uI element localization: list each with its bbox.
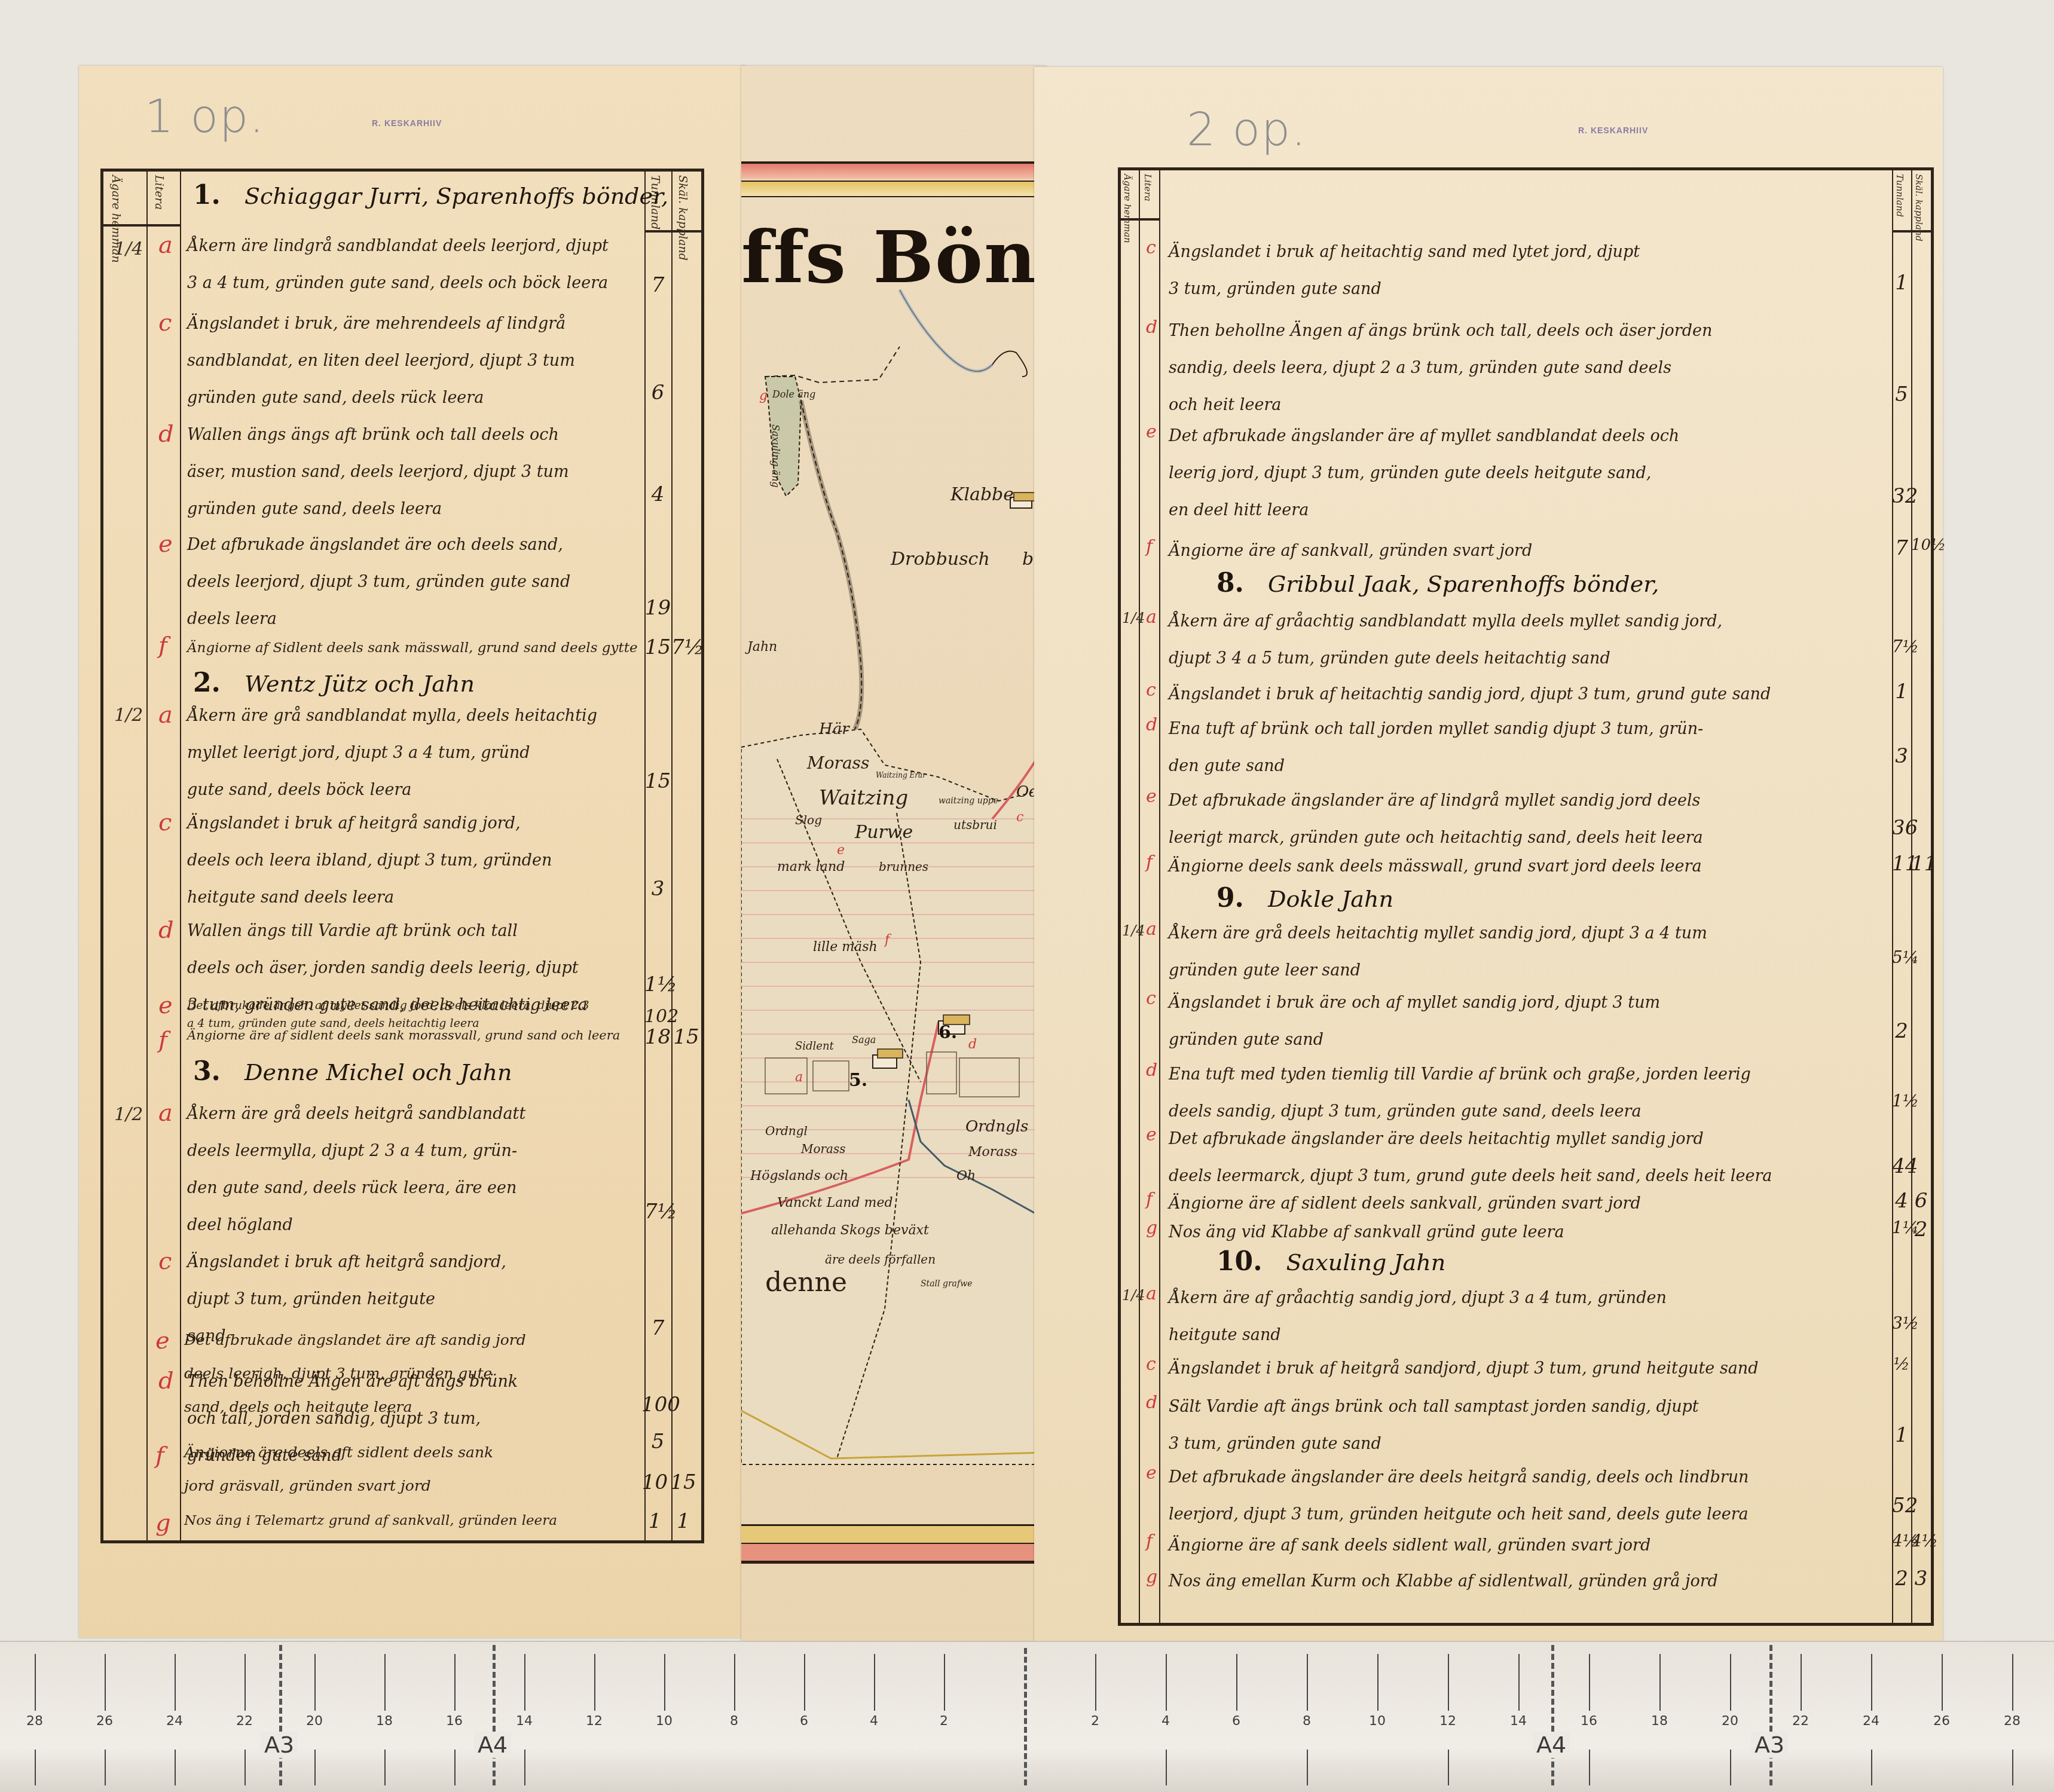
map-label: allehanda Skogs beväxt [771,1223,929,1238]
ruler-number: 14 [1510,1714,1527,1729]
column-divider [1159,170,1160,1623]
ruler-number: 20 [306,1714,323,1729]
ruler-number: 24 [1863,1714,1879,1729]
ruler-a4-mark [1551,1645,1554,1785]
row-value: 2 [1892,1567,1911,1591]
row-value: 32 [1892,484,1911,508]
row-letter: d [1146,714,1157,735]
row-description: Sält Vardie aft ängs brünk och tall samp… [1169,1389,1699,1463]
parcel-letter: e [837,843,845,858]
row-letter: f [1146,1531,1153,1552]
share-fraction: 1/4 [1122,922,1145,939]
row-letter: g [155,1509,171,1537]
ruler-a4-mark [493,1645,496,1785]
row-letter: e [158,530,173,558]
row-value: 11 [1892,852,1911,876]
row-value: 5 [1892,383,1911,406]
row-description: Ängslandet i bruk, äre mehrendeels af li… [187,305,575,417]
row-letter: e [1146,1124,1157,1145]
row-value: 4½ [1892,1531,1911,1551]
row-value-secondary: 4½ [1911,1531,1931,1551]
row-letter: g [1146,1218,1157,1239]
row-letter: d [1146,1060,1157,1081]
ruler-number: 2 [1091,1714,1099,1729]
share-fraction: 1/2 [114,1104,143,1125]
map-label: Waitzing Erar [876,771,926,779]
share-fraction: 1/4 [1122,610,1145,626]
row-value: 1¼ [1892,1218,1911,1237]
row-description: Det afbrukade ängslander äre deels heita… [1169,1121,1772,1195]
map-label: Waitzing [819,786,908,810]
row-value: 7½ [1892,637,1911,656]
row-value-secondary: 2 [1911,1218,1931,1241]
map-label: Morass [968,1145,1017,1160]
row-value: 1 [641,1509,668,1533]
row-letter: c [1146,1354,1156,1375]
row-description: Ena tuft af brünk och tall jorden myllet… [1169,711,1703,785]
row-value: 52 [1892,1494,1911,1518]
map-label: Dole äng [772,389,815,400]
row-description: Ängiorne deels sank deels mässwall, grun… [1169,848,1702,885]
map-label: Purwe [855,822,913,843]
ruler-number: 12 [1439,1714,1456,1729]
row-value: 2 [1892,1019,1911,1043]
row-value-secondary: 6 [1911,1189,1931,1213]
row-value: 7½ [644,1200,671,1224]
archive-stamp: R. KESKARHIIV [372,118,442,128]
map-label: Vanckt Land med [777,1195,893,1210]
row-description: Åkern äre grå deels heitgrå sandblandatt… [187,1096,525,1244]
row-letter: f [158,632,167,659]
map-label: Ordngl [765,1124,808,1138]
ruler-number: 24 [166,1714,183,1729]
row-value: 19 [644,596,671,620]
section-heading: 2.Wentz Jütz och Jahn [193,668,475,698]
row-letter: f [1146,536,1153,557]
farm-number: 5. [849,1070,867,1091]
row-letter: c [158,809,172,836]
row-value: 3 [644,877,671,901]
row-letter: e [1146,1463,1157,1484]
map-label: utsbrui [953,818,997,832]
pencil-page-mark: 1 op. [145,90,265,143]
share-fraction: 1/2 [114,705,143,726]
map-drawing [741,66,1046,1644]
map-label: Saxuling äng [770,424,781,488]
row-description: Ängslandet i bruk af heitgrå sandjord, d… [1169,1350,1759,1387]
row-letter: c [158,1247,172,1275]
row-value: 36 [1892,816,1911,840]
section-heading: 1.Schiaggar Jurri, Sparenhoffs bönder, [193,180,668,210]
column-header-litera: Litera [152,175,166,210]
row-description: Åkern äre grå sandblandat mylla, deels h… [187,698,597,809]
row-description: Ängslandet i bruk af heitgrå sandig jord… [187,805,552,916]
measurement-ruler: 28 26 24 22 20 18 16 14 12 10 8 6 4 2 2 … [0,1641,2054,1792]
row-letter: e [155,1327,170,1354]
row-value: 18 [644,1025,671,1049]
ruler-size-label: A3 [1751,1732,1788,1758]
column-divider [1139,170,1140,1623]
row-value: 10 [641,1470,668,1494]
pencil-page-mark: 2 op. [1187,103,1307,156]
section-heading: 10.Saxuling Jahn [1216,1246,1445,1277]
row-letter: c [1146,988,1156,1009]
row-letter: d [1146,317,1157,338]
row-letter: a [158,1099,173,1127]
map-label: Slog [795,813,822,827]
map-label: Saga [852,1034,876,1045]
row-description: Ängiorne äre af sidlent deels sank moras… [187,1020,620,1050]
row-description: Ängslandet i bruk af heitachtig sandig j… [1169,676,1771,713]
row-letter: a [1146,919,1157,940]
parcel-letter: c [1016,810,1023,825]
row-value: 1 [1892,271,1911,295]
row-letter: c [158,309,172,337]
map-label: Oh [956,1169,976,1184]
row-letter: f [158,1026,167,1054]
ruler-size-label: A4 [474,1732,511,1758]
row-value: 5¼ [1892,947,1911,967]
row-letter: a [158,701,173,729]
ruler-number: 10 [1369,1714,1386,1729]
row-letter: c [1146,237,1156,258]
ruler-number: 12 [586,1714,603,1729]
map-strip: ffs Bönd [741,66,1046,1644]
row-value: 7 [1892,536,1911,560]
row-value: 1½ [1892,1091,1911,1111]
row-value: 44 [1892,1154,1911,1178]
row-description: Ängslandet i bruk af heitachtig sand med… [1169,234,1640,308]
ruler-number: 2 [940,1714,948,1729]
map-label: Morass [801,1142,846,1156]
ruler-number: 4 [870,1714,878,1729]
left-ledger-tail: e Det afbrukade ängslandet äre aft sandi… [100,1303,698,1542]
row-value: 4 [1892,1189,1911,1213]
row-description: Åkern äre grå deels heitachtig myllet sa… [1169,915,1707,989]
share-fraction: 1/4 [1122,1287,1145,1304]
row-value: 3 [1892,744,1911,768]
row-letter: d [158,420,174,448]
row-value: 1 [1892,1423,1911,1447]
row-letter: d [1146,1392,1157,1413]
section-heading: 3.Denne Michel och Jahn [193,1056,512,1087]
parcel-letter: a [795,1070,803,1085]
row-letter: e [1146,421,1157,442]
map-label: Ordngls [965,1118,1028,1136]
ruler-number: 20 [1722,1714,1738,1729]
ruler-number: 26 [96,1714,113,1729]
map-label: Sidlent [795,1040,834,1053]
map-label: Här [819,720,849,738]
column-header-litera: Litera [1142,174,1153,201]
row-description: Åkern äre af gråachtig sandblandatt myll… [1169,603,1722,677]
row-value: 15 [644,635,671,659]
row-letter: a [1146,1283,1157,1304]
row-description: Det afbrukade ängslandet äre aft sandig … [184,1323,526,1424]
row-value: ½ [1892,1354,1911,1374]
row-value: 100 [641,1393,668,1417]
row-letter: f [155,1442,164,1469]
row-description: Wallen ängs ängs aft brünk och tall deel… [187,417,569,528]
map-label: Klabbe [950,484,1014,505]
archive-stamp: R. KESKARHIIV [1578,126,1648,135]
ruler-number: 4 [1162,1714,1170,1729]
row-description: Nos äng i Telemartz grund af sankvall, g… [184,1504,557,1537]
row-value-secondary: 1 [668,1509,698,1533]
ruler-number: 10 [656,1714,673,1729]
parcel-letter: d [968,1037,977,1052]
column-header-tunnland: Tunnland [1894,174,1905,217]
row-letter: a [158,231,173,259]
row-value-secondary: 15 [668,1470,698,1494]
column-header-kappland: Skäl. kappland [1914,174,1924,241]
row-description: Det afbrukade ängslandet äre och deels s… [187,527,570,638]
row-value: 1 [1892,680,1911,704]
row-description: Åkern äre lindgrå sandblandat deels leer… [187,228,609,302]
column-divider [1911,170,1912,1623]
ruler-center-mark [1024,1648,1027,1785]
section-heading: 9.Dokle Jahn [1216,883,1393,913]
ruler-number: 14 [516,1714,533,1729]
ruler-size-label: A4 [1533,1732,1570,1758]
ruler-number: 28 [26,1714,43,1729]
row-description: Nos äng vid Klabbe af sankvall gründ gut… [1169,1214,1564,1251]
row-value: 7 [644,273,671,297]
parcel-letter: g [759,389,768,403]
row-value-secondary: 11 [1911,852,1931,876]
map-label: äre deels förfallen [825,1252,936,1267]
column-header-kappland: Skäl. kappland [676,175,689,261]
header-divider [644,230,701,233]
row-letter: g [1146,1567,1157,1588]
row-description: Det afbrukade ängslander äre deels heitg… [1169,1459,1749,1533]
row-value: 1½ [644,973,671,996]
right-ledger-page: 2 op. R. KESKARHIIV Ägare hemman Litera … [1034,67,1943,1645]
row-description: Then behollne Ängen af ängs brünk och ta… [1169,313,1712,424]
row-value: 15 [644,769,671,793]
row-description: Det afbrukade ängslander äre af lindgrå … [1169,782,1703,857]
row-letter: e [1146,786,1157,807]
row-description: Ängiorne äre af sank deels sidlent wall,… [1169,1527,1650,1564]
farm-number: 6. [939,1022,957,1043]
row-description: Det afbrukade ängslander äre af myllet s… [1169,418,1679,529]
row-description: Ängiorne äre af sankvall, gründen svart … [1169,533,1532,570]
map-label: waitzing uppe [939,796,998,806]
map-label: brunnes [879,860,928,874]
row-description: Åkern äre af gråachtig sandig jord, djup… [1169,1280,1667,1354]
ruler-size-label: A3 [261,1732,298,1758]
row-letter: f [1146,1189,1153,1210]
map-label: Högslands och [750,1169,848,1184]
map-label: Morass [807,753,869,773]
row-letter: e [158,992,173,1019]
row-letter: c [1146,680,1156,701]
row-value: 102 [644,1006,671,1027]
ruler-number: 16 [1581,1714,1597,1729]
ruler-number: 26 [1933,1714,1950,1729]
ruler-a3-mark [1769,1645,1772,1785]
parcel-letter: f [885,932,890,947]
ledger-table: Ägare hemman Litera Tunnland Skäl. kappl… [1118,167,1934,1626]
row-description: Ängslandet i bruk äre och af myllet sand… [1169,984,1660,1059]
section-heading: 8.Gribbul Jaak, Sparenhoffs bönder, [1216,568,1659,598]
ruler-number: 6 [1232,1714,1240,1729]
ruler-number: 22 [1792,1714,1809,1729]
map-label: Jahn [747,640,777,655]
row-value: 3½ [1892,1313,1911,1333]
ruler-number: 18 [1651,1714,1668,1729]
share-fraction: 1/4 [114,238,143,259]
map-label: Drobbusch [891,549,990,570]
map-label: denne [765,1267,847,1298]
map-label: Stall grafwe [921,1279,972,1289]
ruler-number: 28 [2004,1714,2021,1729]
row-value-secondary: 10½ [1911,536,1931,554]
ruler-number: 8 [1303,1714,1311,1729]
row-description: Ängiorne äre deels aft sidlent deels san… [184,1436,493,1503]
row-letter: a [1146,607,1157,628]
ruler-number: 8 [730,1714,738,1729]
map-label: mark land [777,860,845,874]
header-divider [1892,230,1931,233]
row-description: Ena tuft med tyden tiemlig till Vardie a… [1169,1056,1751,1130]
row-value-secondary: 3 [1911,1567,1931,1591]
row-value-secondary: 15 [671,1025,701,1049]
row-value-secondary: 7½ [671,635,701,659]
map-label: lille mäsh [813,940,878,955]
ruler-number: 18 [376,1714,393,1729]
column-header-owner: Ägare hemman [1122,174,1133,243]
ruler-number: 6 [800,1714,808,1729]
row-letter: d [158,916,174,944]
row-value: 6 [644,381,671,405]
row-description: Ängiorne af Sidlent deels sank mässwall,… [187,629,638,666]
row-value: 4 [644,482,671,506]
row-description: Nos äng emellan Kurm och Klabbe af sidle… [1169,1563,1718,1600]
ruler-number: 16 [446,1714,463,1729]
row-letter: f [1146,852,1153,873]
ruler-number: 22 [236,1714,253,1729]
ruler-a3-mark [279,1645,282,1785]
